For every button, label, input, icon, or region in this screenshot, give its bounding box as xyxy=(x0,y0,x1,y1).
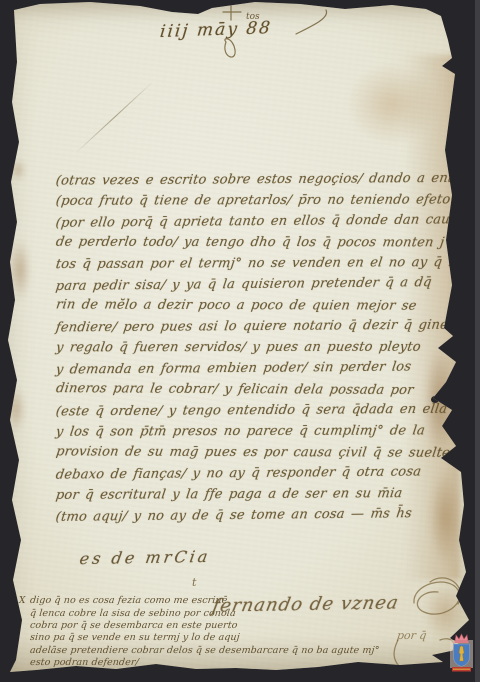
manuscript-line: (tmo aquj/ y no ay de q̄ se tome an cosa… xyxy=(55,506,413,525)
manuscript-line: fendiere/ pero pues asi lo quiere notari… xyxy=(55,318,454,336)
paper-hole xyxy=(456,386,461,390)
stain xyxy=(0,0,480,20)
manuscript-line: (este q̄ ordene/ y tengo entendido q̄ se… xyxy=(55,402,467,420)
stray-mark: t xyxy=(192,576,196,589)
stain xyxy=(4,378,28,440)
manuscript-line: y los q̄ son p̄tm̄ presos no parece q̄ c… xyxy=(55,423,426,439)
postscript-line: adelāse pretendiere cobrar delos q̄ se d… xyxy=(29,645,380,656)
manuscript-line: y regalo q̄ fueren servidos/ y pues an p… xyxy=(55,340,422,356)
manuscript-line: provision de su maḡ pues es por causa çi… xyxy=(55,444,451,460)
stain xyxy=(423,455,467,580)
postscript-line: cobra por q̄ se desembarca en este puert… xyxy=(29,620,238,631)
postscript-line: sino pa q̄ se vende en su termj y lo de … xyxy=(29,632,240,643)
manuscript-line: dineros para le cobrar/ y felicain dela … xyxy=(55,381,415,398)
manuscript-line: (otras vezes e escrito sobre estos negoç… xyxy=(55,170,480,188)
stamp-crown xyxy=(455,634,468,641)
postscript-line: esto podran defender/ xyxy=(29,657,139,668)
manuscript-line: tos q̄ passan por el termj° no se venden… xyxy=(55,255,466,272)
manuscript-scan: tos iiij māy 88 (otras vezes e escrito s… xyxy=(0,0,480,682)
stain xyxy=(6,228,34,312)
stain xyxy=(8,155,28,185)
manuscript-line: rin de mĕlo a dezir poco a poco de quien… xyxy=(55,297,418,313)
paper-hole xyxy=(459,129,463,133)
manuscript-line: por q̄ escritural y la ffe paga a de ser… xyxy=(55,486,403,503)
manuscript-line: (poca fruto q̄ tiene de apretarlos/ p̄ro… xyxy=(55,192,480,209)
date-heading: iiij māy 88 xyxy=(159,18,273,42)
paper-sheet: tos iiij māy 88 (otras vezes e escrito s… xyxy=(0,0,480,682)
postscript-line: q̄ lenca cobre la sisa de sebino por con… xyxy=(29,608,236,619)
manuscript-line: para pedir sisa/ y ya q̄ la quisieron pr… xyxy=(55,275,433,294)
rubric-caption: por q̄ xyxy=(396,629,427,642)
postscript-mark: X xyxy=(19,596,25,606)
manuscript-line: debaxo de fianças/ y no ay q̄ responder … xyxy=(55,464,422,482)
closing-line: es de mrCia xyxy=(78,547,212,568)
archive-heraldic-stamp-icon xyxy=(449,631,474,673)
crease-line xyxy=(75,81,154,154)
postscript-line: digo q̄ no es cosa fezia como me escriuē xyxy=(29,595,228,606)
manuscript-line: y demanda en forma embien poder/ sin per… xyxy=(55,359,412,377)
scan-edge-strip xyxy=(475,0,480,682)
stamp-figure xyxy=(459,646,464,661)
manuscript-line: de perderlo todo/ ya tengo dho q̄ los q̄… xyxy=(55,235,479,251)
signature: fernando de vznea xyxy=(211,592,401,616)
